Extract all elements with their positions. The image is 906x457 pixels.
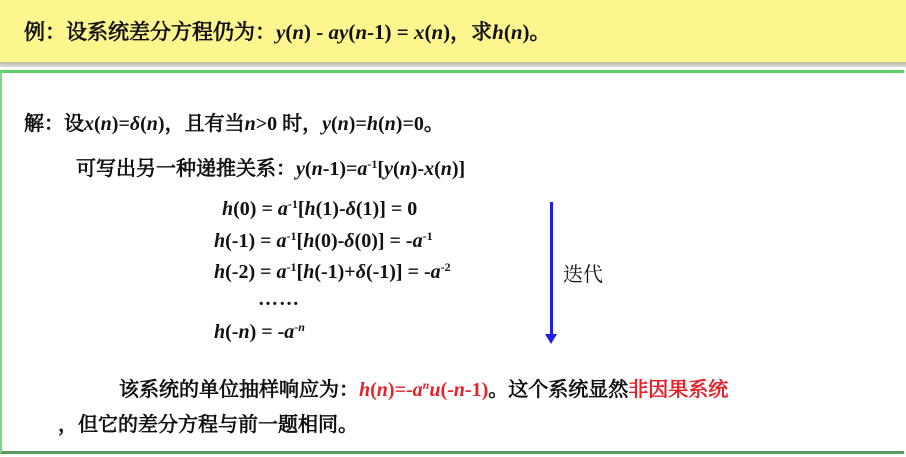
noncausal-highlight: 非因果系统 xyxy=(628,379,728,401)
iteration-ellipsis: …… xyxy=(258,288,300,311)
iteration-label: 迭代 xyxy=(563,258,603,287)
iteration-arrow-icon xyxy=(550,202,553,336)
conclusion-line: 该系统的单位抽样响应为：h(n)=-anu(-n-1)。这个系统显然非因果系统 xyxy=(119,373,728,402)
iteration-h-1: h(-1) = a-1[h(0)-δ(0)] = -a-1 xyxy=(214,230,433,253)
iteration-h0: h(0) = a-1[h(1)-δ(1)] = 0 xyxy=(222,198,417,221)
arrow-head-icon xyxy=(545,334,557,344)
conclusion-part2: 。这个系统显然 xyxy=(488,379,628,401)
iteration-h-2: h(-2) = a-1[h(-1)+δ(-1)] = -a-2 xyxy=(214,261,451,284)
iteration-h-n: h(-n) = -a-n xyxy=(214,321,305,344)
recurrence-relation: 可写出另一种递推关系：y(n-1)=a-1[y(n)-x(n)] xyxy=(76,152,465,181)
example-header: 例：设系统差分方程仍为：y(n) - ay(n-1) = x(n)，求h(n)。 xyxy=(0,0,906,62)
solution-label: 解： xyxy=(24,113,64,135)
example-statement: 例：设系统差分方程仍为：y(n) - ay(n-1) = x(n)，求h(n)。 xyxy=(24,16,551,46)
solution-line-1: 解：设x(n)=δ(n)，且有当n>0 时，y(n)=h(n)=0。 xyxy=(24,107,444,136)
conclusion-part3: ，但它的差分方程与前一题相同。 xyxy=(58,408,358,437)
header-shadow xyxy=(0,62,906,67)
conclusion-part1: 该系统的单位抽样响应为： xyxy=(119,379,359,401)
difference-equation: y xyxy=(276,20,285,44)
impulse-response-result: h(n)=-anu(-n-1) xyxy=(359,379,488,401)
example-prefix: 例：设系统差分方程仍为： xyxy=(24,20,276,44)
